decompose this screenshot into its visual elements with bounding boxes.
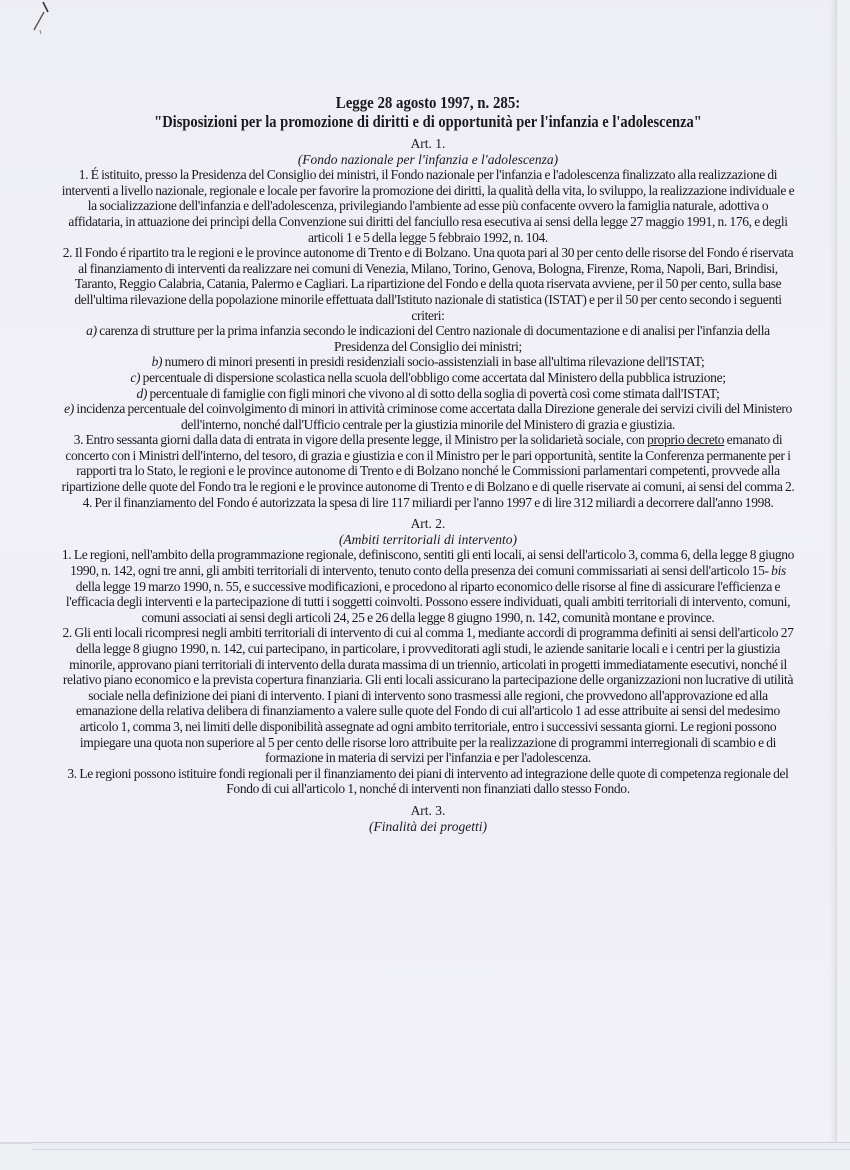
law-title: Legge 28 agosto 1997, n. 285: <box>97 93 759 112</box>
article-2: Art. 2. (Ambiti territoriali di interven… <box>60 516 796 797</box>
document-body: Legge 28 agosto 1997, n. 285: "Disposizi… <box>60 93 796 834</box>
article-heading: (Finalità dei progetti) <box>60 819 796 835</box>
item-label: c) <box>130 370 140 385</box>
paragraph: 4. Per il finanziamento del Fondo é auto… <box>60 495 796 511</box>
list-item-e: e) incidenza percentuale del coinvolgime… <box>60 401 796 432</box>
item-label: d) <box>136 386 147 401</box>
item-text: carenza di strutture per la prima infanz… <box>97 323 770 354</box>
article-number: Art. 2. <box>60 516 796 532</box>
paragraph: 1. Le regioni, nell'ambito della program… <box>60 547 796 625</box>
text-span: 3. Entro sessanta giorni dalla data di e… <box>74 432 647 447</box>
article-heading: (Ambiti territoriali di intervento) <box>60 532 796 548</box>
article-3: Art. 3. (Finalità dei progetti) <box>60 803 796 834</box>
article-1: Art. 1. (Fondo nazionale per l'infanzia … <box>60 136 796 510</box>
item-text: numero di minori presenti in presidi res… <box>162 354 704 369</box>
item-label: e) <box>64 401 74 416</box>
underlined-text: proprio decreto <box>647 432 724 447</box>
paragraph: 2. Gli enti locali ricompresi negli ambi… <box>60 625 796 765</box>
item-label: b) <box>152 354 163 369</box>
article-number: Art. 1. <box>60 136 796 152</box>
list-item-a: a) carenza di strutture per la prima inf… <box>60 323 796 354</box>
item-text: percentuale di dispersione scolastica ne… <box>140 370 725 385</box>
text-span: della legge 19 marzo 1990, n. 55, e succ… <box>66 579 790 625</box>
text-span: 1. Le regioni, nell'ambito della program… <box>62 547 794 578</box>
item-text: incidenza percentuale del coinvolgimento… <box>74 401 792 432</box>
scanned-page: Legge 28 agosto 1997, n. 285: "Disposizi… <box>0 0 837 1144</box>
paragraph: 3. Le regioni possono istituire fondi re… <box>60 766 796 797</box>
italic-text: bis <box>771 563 786 578</box>
article-number: Art. 3. <box>60 803 796 819</box>
page-bottom-edge <box>32 1142 850 1150</box>
item-label: a) <box>86 323 97 338</box>
paragraph: 3. Entro sessanta giorni dalla data di e… <box>60 432 796 494</box>
staple-mark-icon <box>30 0 70 40</box>
law-subtitle: "Disposizioni per la promozione di dirit… <box>87 112 770 132</box>
article-heading: (Fondo nazionale per l'infanzia e l'adol… <box>60 152 796 168</box>
paragraph: 2. Il Fondo é ripartito tra le regioni e… <box>60 245 796 323</box>
list-item-d: d) percentuale di famiglie con figli min… <box>60 386 796 402</box>
paragraph: 1. É istituito, presso la Presidenza del… <box>60 167 796 245</box>
list-item-c: c) percentuale di dispersione scolastica… <box>60 370 796 386</box>
item-text: percentuale di famiglie con figli minori… <box>147 386 720 401</box>
list-item-b: b) numero di minori presenti in presidi … <box>60 354 796 370</box>
